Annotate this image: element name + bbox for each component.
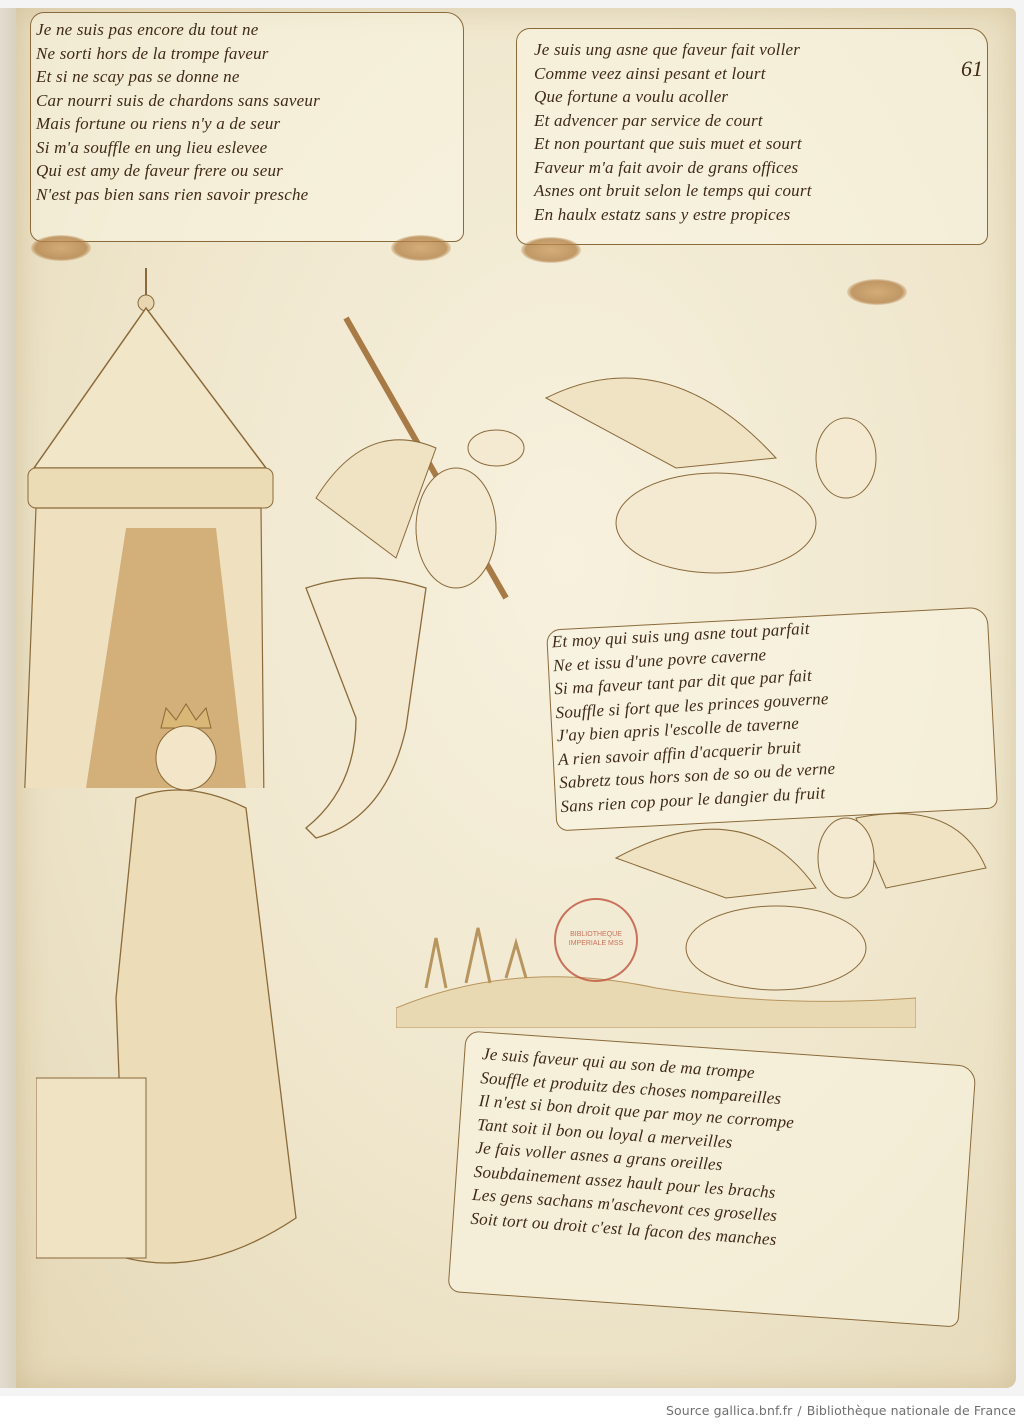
landscape-illustration xyxy=(396,898,916,1028)
facing-page-edge xyxy=(0,8,17,1388)
verse-line: Faveur m'a fait avoir de grans offices xyxy=(534,156,812,180)
verse-line: Et si ne scay pas se donne ne xyxy=(36,65,320,89)
verse-line: Mais fortune ou riens n'y a de seur xyxy=(36,112,320,136)
credit-separator: / xyxy=(797,1403,801,1418)
winged-donkey-with-scepter xyxy=(286,298,576,618)
verse-line: Je ne suis pas encore du tout ne xyxy=(36,18,320,42)
verse-bottom: Je suis faveur qui au son de ma trompe S… xyxy=(470,1042,798,1252)
verse-line: Je suis ung asne que faveur fait voller xyxy=(534,38,812,62)
verse-line: Si m'a souffle en ung lieu eslevee xyxy=(36,136,320,160)
king-illustration xyxy=(36,698,366,1338)
stamp-text: BIBLIOTHEQUE IMPERIALE MSS xyxy=(561,930,631,948)
verse-line: Qui est amy de faveur frere ou seur xyxy=(36,159,320,183)
verse-line: N'est pas bien sans rien savoir presche xyxy=(36,183,320,207)
verse-line: Et non pourtant que suis muet et sourt xyxy=(534,132,812,156)
folio-number: 61 xyxy=(961,56,983,82)
verse-line: Comme veez ainsi pesant et lourt xyxy=(534,62,812,86)
verse-line: Que fortune a voulu acoller xyxy=(534,85,812,109)
source-link[interactable]: Source gallica.bnf.fr xyxy=(666,1403,792,1418)
verse-line: Ne sorti hors de la trompe faveur xyxy=(36,42,320,66)
verse-line: Asnes ont bruit selon le temps qui court xyxy=(534,179,812,203)
verse-top-right: Je suis ung asne que faveur fait voller … xyxy=(534,38,812,226)
manuscript-folio: Je ne suis pas encore du tout ne Ne sort… xyxy=(16,8,1016,1388)
footer: Source gallica.bnf.fr/Bibliothèque natio… xyxy=(0,1396,1024,1426)
verse-line: Car nourri suis de chardons sans saveur xyxy=(36,89,320,113)
scroll-curl xyxy=(391,235,451,261)
flying-winged-donkey-upper xyxy=(526,338,906,628)
manuscript-viewer: Je ne suis pas encore du tout ne Ne sort… xyxy=(0,0,1024,1396)
trumpet-horn-illustration xyxy=(286,568,446,858)
verse-line: En haulx estatz sans y estre propices xyxy=(534,203,812,227)
verse-middle-right: Et moy qui suis ung asne tout parfait Ne… xyxy=(551,616,837,818)
source-credit: Source gallica.bnf.fr/Bibliothèque natio… xyxy=(666,1403,1016,1418)
library-stamp: BIBLIOTHEQUE IMPERIALE MSS xyxy=(554,898,638,982)
scroll-curl xyxy=(521,237,581,263)
verse-line: Et advencer par service de court xyxy=(534,109,812,133)
verse-top-left: Je ne suis pas encore du tout ne Ne sort… xyxy=(36,18,320,206)
scroll-curl xyxy=(847,279,907,305)
institution-name: Bibliothèque nationale de France xyxy=(807,1403,1016,1418)
scroll-curl xyxy=(31,235,91,261)
tent-illustration xyxy=(16,268,336,788)
